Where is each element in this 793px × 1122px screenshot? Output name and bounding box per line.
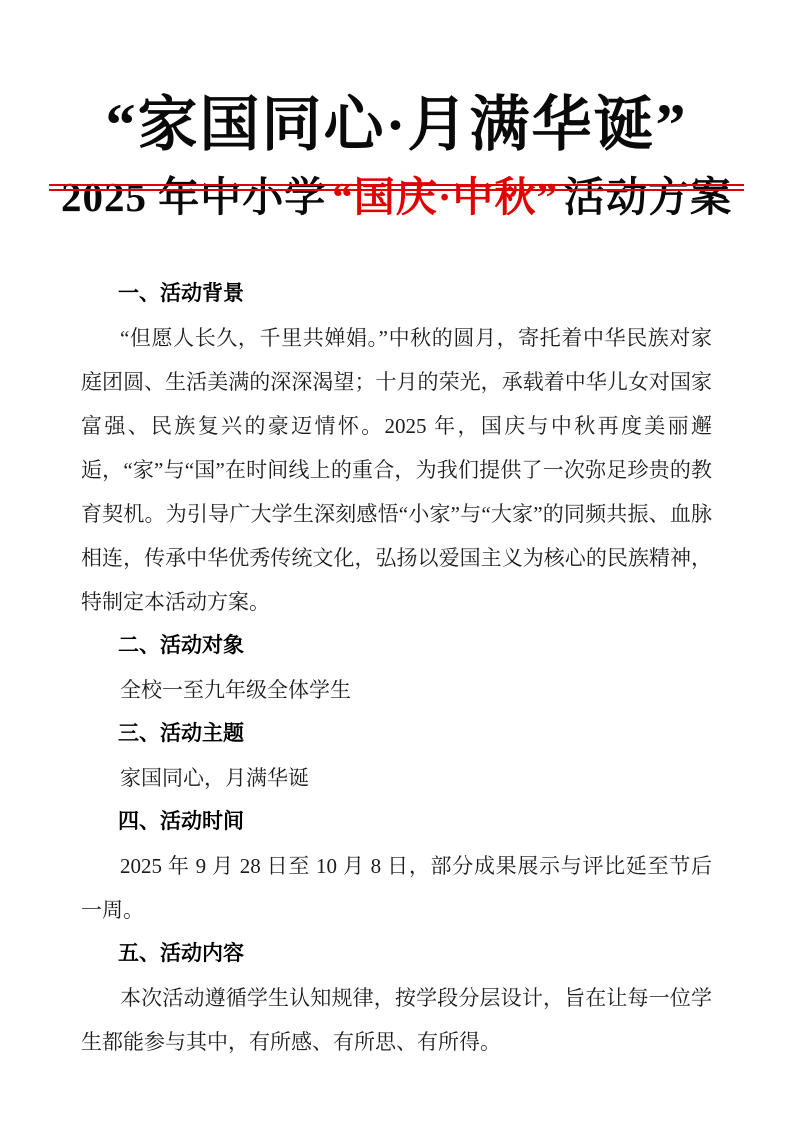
document-subtitle: 2025 年中小学“国庆·中秋”活动方案	[51, 173, 742, 222]
section-heading-time: 四、活动时间	[81, 800, 712, 844]
section-heading-content: 五、活动内容	[81, 932, 712, 976]
section-heading-audience: 二、活动对象	[81, 624, 712, 668]
subtitle-prefix: 2025 年中小学	[61, 174, 326, 220]
document-page: “家国同心·月满华诞” 2025 年中小学“国庆·中秋”活动方案 一、活动背景 …	[0, 0, 793, 1122]
section-paragraph: 全校一至九年级全体学生	[81, 668, 712, 712]
subtitle-highlight: “国庆·中秋”	[332, 174, 558, 220]
document-body: 一、活动背景 “但愿人长久，千里共婵娟。”中秋的圆月，寄托着中华民族对家庭团圆、…	[81, 272, 712, 1064]
section-paragraph: 家国同心，月满华诞	[81, 756, 712, 800]
document-main-title: “家国同心·月满华诞”	[53, 88, 740, 163]
section-heading-theme: 三、活动主题	[81, 712, 712, 756]
section-paragraph: “但愿人长久，千里共婵娟。”中秋的圆月，寄托着中华民族对家庭团圆、生活美满的深深…	[81, 316, 712, 624]
subtitle-suffix: 活动方案	[564, 174, 732, 220]
section-paragraph: 2025 年 9 月 28 日至 10 月 8 日，部分成果展示与评比延至节后一…	[81, 844, 712, 932]
section-paragraph: 本次活动遵循学生认知规律，按学段分层设计，旨在让每一位学生都能参与其中，有所感、…	[81, 976, 712, 1064]
section-heading-background: 一、活动背景	[81, 272, 712, 316]
document-title-block: “家国同心·月满华诞” 2025 年中小学“国庆·中秋”活动方案	[81, 88, 712, 222]
